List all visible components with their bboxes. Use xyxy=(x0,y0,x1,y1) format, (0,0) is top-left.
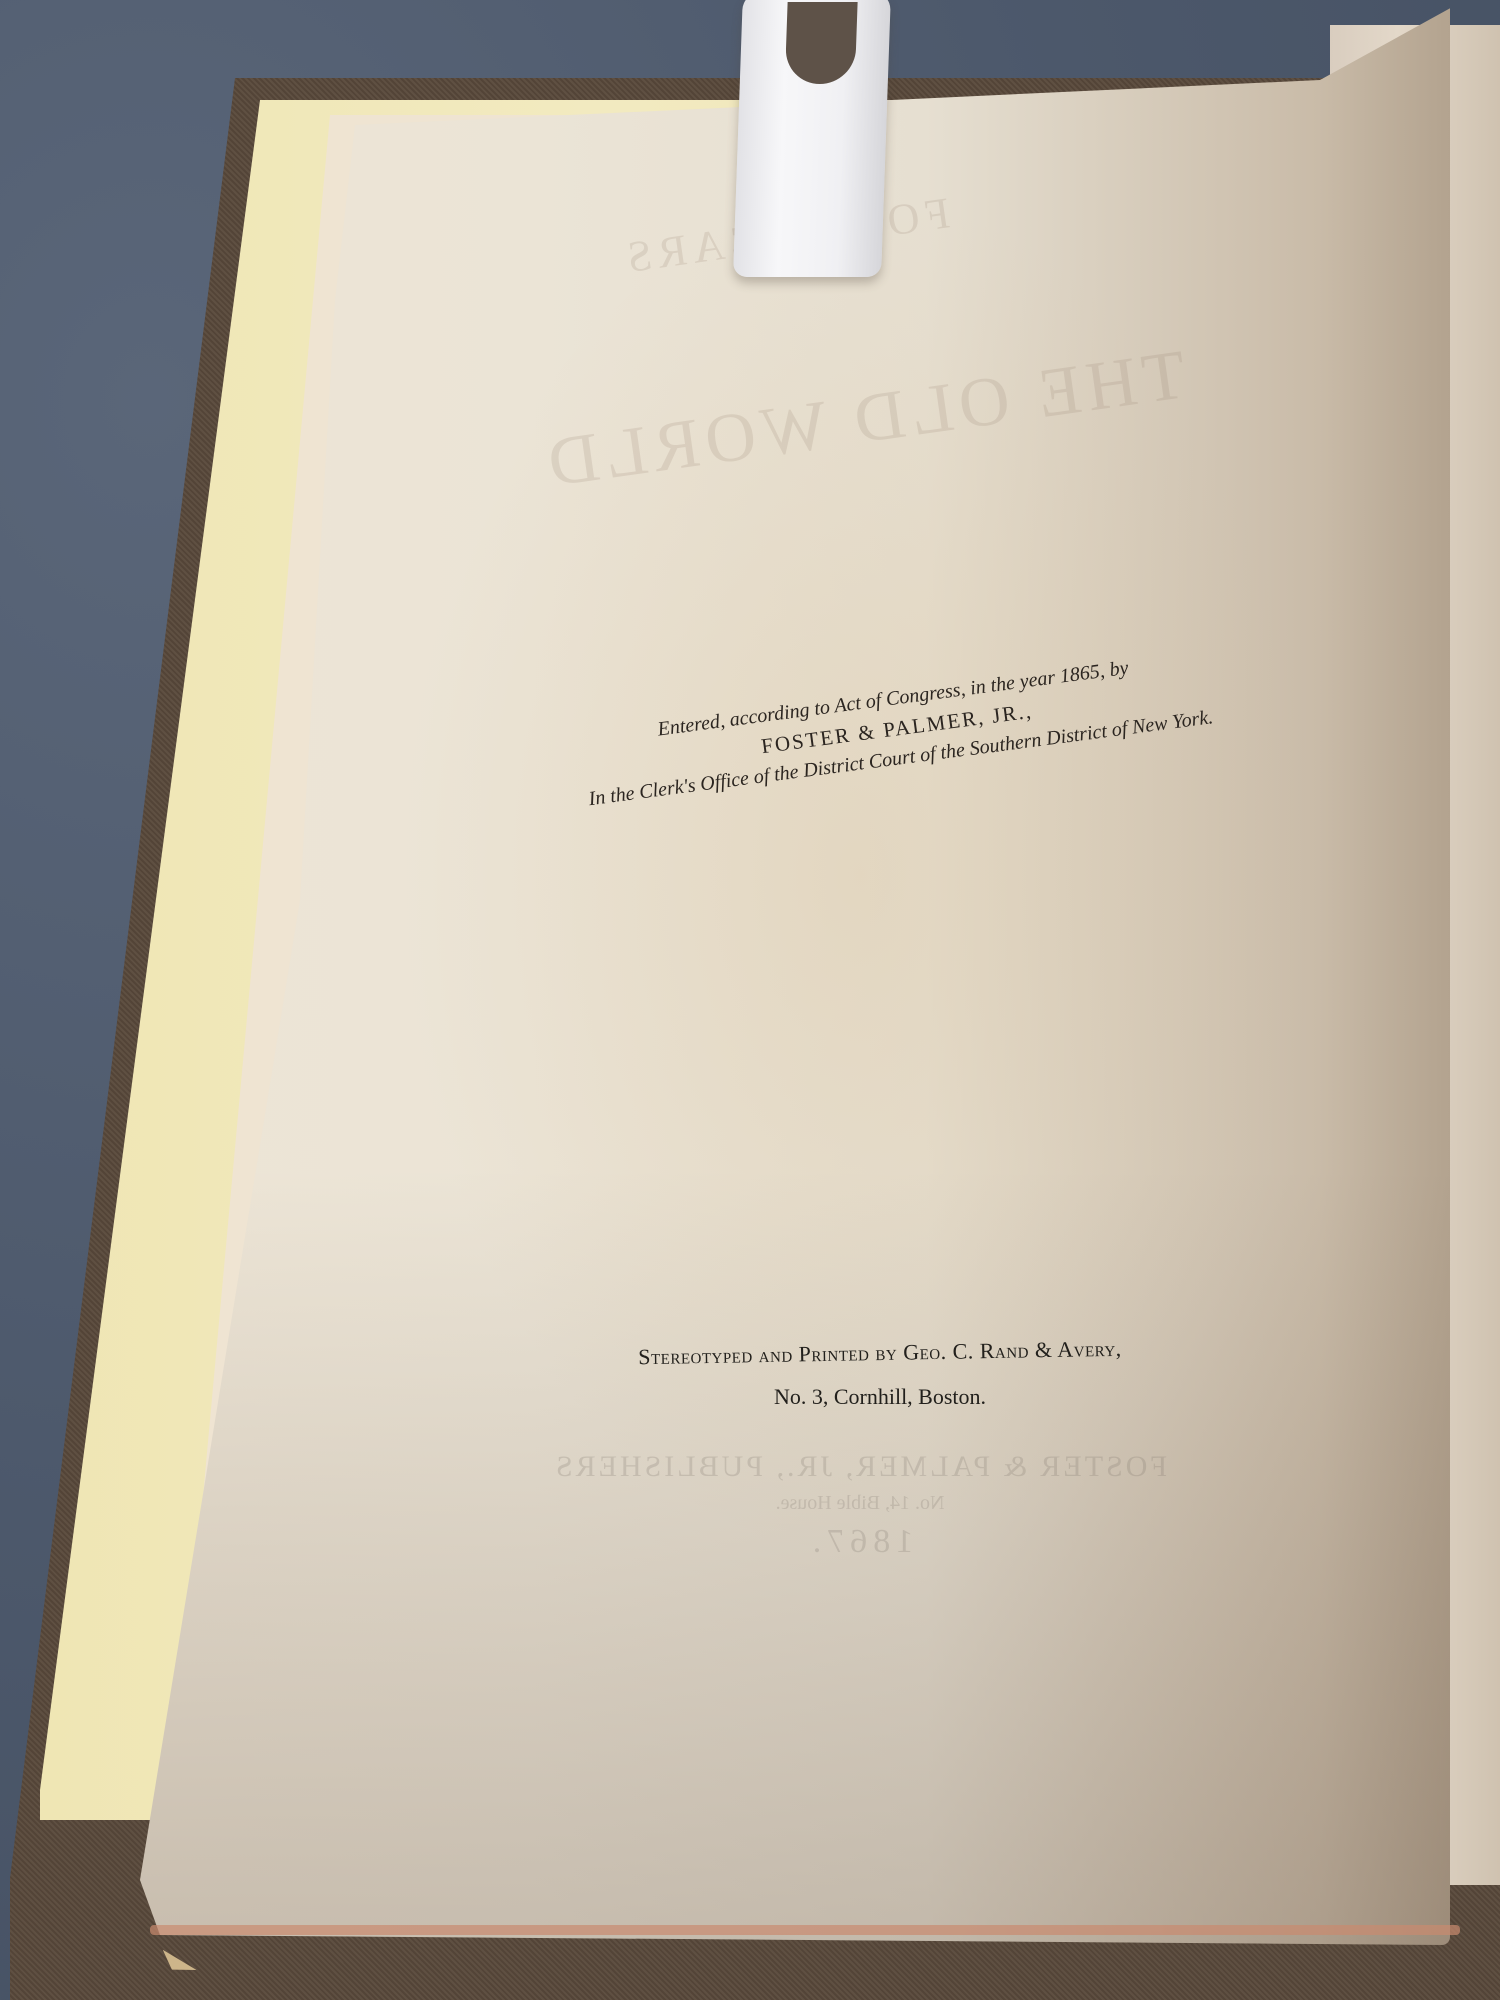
show-through-address: No. 14, Bible House. xyxy=(480,1492,1240,1515)
clip-hole xyxy=(785,2,858,84)
show-through-year: 1867. xyxy=(480,1523,1240,1561)
printer-notice: Stereotyped and Printed by Geo. C. Rand … xyxy=(530,1340,1230,1410)
printer-line-name: Stereotyped and Printed by Geo. C. Rand … xyxy=(530,1334,1230,1372)
page-edge xyxy=(150,1925,1460,1935)
book-photo-scene: FOUR YEARS THE OLD WORLD Entered, accord… xyxy=(0,0,1500,2000)
printer-line-address: No. 3, Cornhill, Boston. xyxy=(530,1384,1230,1410)
show-through-publisher: FOSTER & PALMER, JR., PUBLISHERS xyxy=(480,1450,1240,1484)
copyright-page xyxy=(140,0,1450,1945)
show-through-imprint: FOSTER & PALMER, JR., PUBLISHERS No. 14,… xyxy=(480,1450,1240,1561)
page-clip-icon xyxy=(733,0,891,277)
